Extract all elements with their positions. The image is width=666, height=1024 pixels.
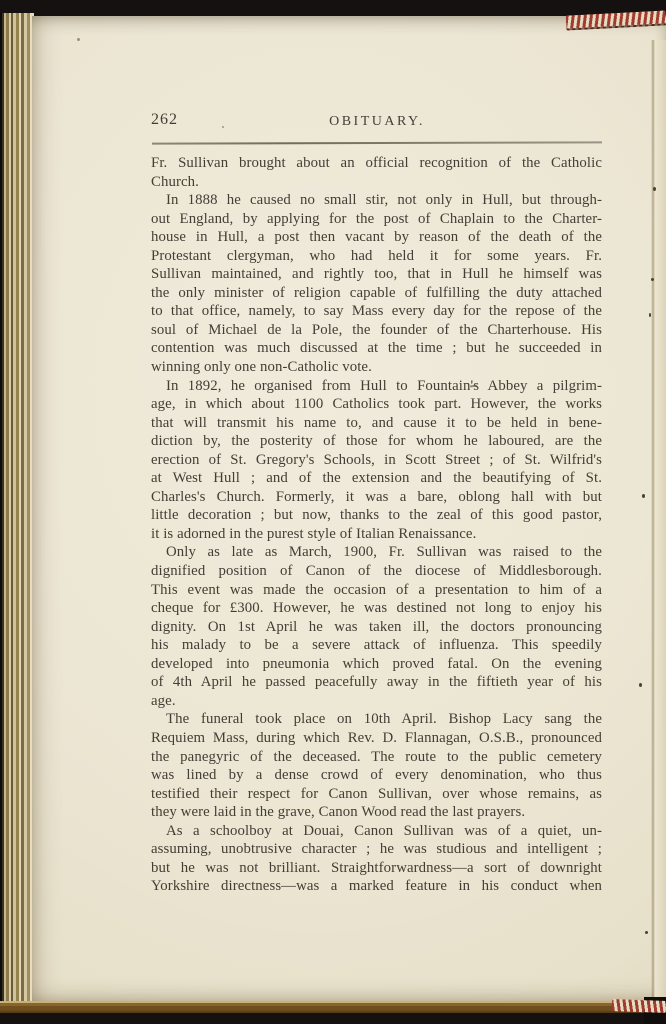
text-line: Only as late as March, 1900, Fr. Sulliva… bbox=[151, 543, 602, 562]
ink-speck bbox=[639, 683, 642, 687]
text-line: erection of St. Gregory's Schools, in Sc… bbox=[151, 451, 602, 470]
book-scan: 262 OBITUARY. Fr. Sullivan brought about… bbox=[0, 0, 666, 1024]
text-line: assuming, unobtrusive character ; he was… bbox=[151, 840, 602, 859]
text-line: it is adorned in the purest style of Ita… bbox=[151, 525, 602, 544]
text-line: age. bbox=[151, 692, 602, 711]
ink-speck bbox=[77, 38, 80, 41]
text-line: Protestant clergyman, who had held it fo… bbox=[151, 247, 602, 266]
text-line: dignified position of Canon of the dioce… bbox=[151, 562, 602, 581]
text-line: cheque for £300. However, he was destine… bbox=[151, 599, 602, 618]
text-line: Sullivan maintained, and rightly too, th… bbox=[151, 265, 602, 284]
text-line: In 1892, he organised from Hull to Fount… bbox=[151, 377, 602, 396]
text-line: This event was made the occasion of a pr… bbox=[151, 581, 602, 600]
text-line: testified their respect for Canon Sulliv… bbox=[151, 785, 602, 804]
text-line: winning only one non-Catholic vote. bbox=[151, 358, 602, 377]
ink-speck bbox=[649, 313, 651, 317]
text-line: age, in which about 1100 Catholics took … bbox=[151, 395, 602, 414]
text-line: of 4th April he passed peacefully away i… bbox=[151, 673, 602, 692]
text-line: Charles's Church. Formerly, it was a bar… bbox=[151, 488, 602, 507]
text-line: In 1888 he caused no small stir, not onl… bbox=[151, 191, 602, 210]
text-line: As a schoolboy at Douai, Canon Sullivan … bbox=[151, 822, 602, 841]
ink-speck bbox=[222, 126, 224, 128]
text-line: his malady to be a severe attack of infl… bbox=[151, 636, 602, 655]
text-line: they were laid in the grave, Canon Wood … bbox=[151, 803, 602, 822]
ink-speck bbox=[645, 931, 648, 934]
text-line: contention was much discussed at the tim… bbox=[151, 339, 602, 358]
text-line: house in Hull, a post then vacant by rea… bbox=[151, 228, 602, 247]
body-text: Fr. Sullivan brought about an official r… bbox=[151, 154, 602, 896]
text-line: Fr. Sullivan brought about an official r… bbox=[151, 154, 602, 173]
book-bottom-edge bbox=[0, 1001, 666, 1013]
text-line: dignity. On 1st April he was taken ill, … bbox=[151, 618, 602, 637]
text-line: the panegyric of the deceased. The route… bbox=[151, 748, 602, 767]
text-line: at West Hull ; and of the extension and … bbox=[151, 469, 602, 488]
text-line: to that office, namely, to say Mass ever… bbox=[151, 302, 602, 321]
book-page: 262 OBITUARY. Fr. Sullivan brought about… bbox=[32, 16, 666, 1001]
text-line: the only minister of religion capable of… bbox=[151, 284, 602, 303]
ink-speck bbox=[642, 494, 645, 498]
running-header: OBITUARY. bbox=[151, 114, 603, 130]
header-rule bbox=[152, 141, 602, 144]
text-line: diction by, the posterity of those for w… bbox=[151, 432, 602, 451]
text-line: Requiem Mass, during which Rev. D. Flann… bbox=[151, 729, 602, 748]
headband-bottom bbox=[612, 999, 666, 1013]
text-line: little decoration ; but now, thanks to t… bbox=[151, 506, 602, 525]
text-line: that will transmit his name to, and caus… bbox=[151, 414, 602, 433]
text-line: soul of Michael de la Pole, the founder … bbox=[151, 321, 602, 340]
page-fore-edge bbox=[651, 40, 666, 998]
text-line: Yorkshire directness—was a marked featur… bbox=[151, 877, 602, 896]
ink-speck bbox=[651, 278, 654, 281]
text-line: but he was not brilliant. Straightforwar… bbox=[151, 859, 602, 878]
text-line: Church. bbox=[151, 173, 602, 192]
text-line: The funeral took place on 10th April. Bi… bbox=[151, 710, 602, 729]
ink-speck bbox=[653, 187, 656, 191]
book-binding-page-edges bbox=[0, 13, 34, 1008]
text-line: was lined by a dense crowd of every deno… bbox=[151, 766, 602, 785]
text-line: developed into pneumonia which proved fa… bbox=[151, 655, 602, 674]
text-line: out England, by applying for the post of… bbox=[151, 210, 602, 229]
